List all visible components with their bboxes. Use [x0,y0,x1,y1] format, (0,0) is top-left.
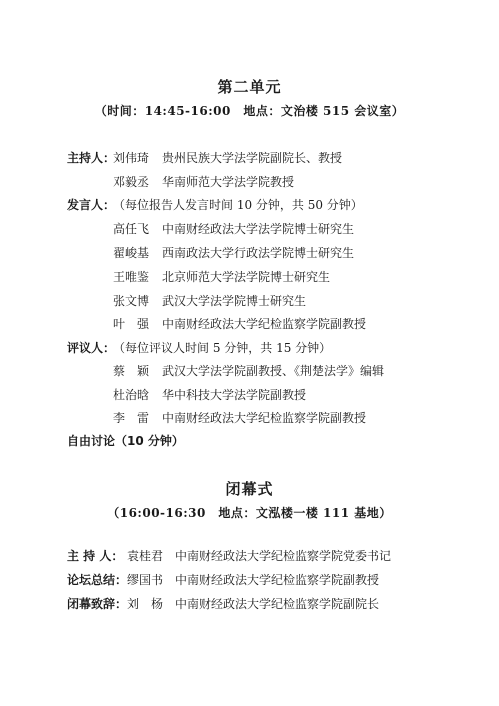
session2-title: 第二单元 [0,76,499,97]
speaker-affiliation: 北京师范大学法学院博士研究生 [162,269,330,285]
speaker-label: 发言人： [67,197,115,213]
speaker-name: 王唯鉴 [113,269,149,285]
closing-subtitle: （16:00-16:30 地点：文泓楼一楼 111 基地） [0,504,499,521]
speaker-affiliation: 武汉大学法学院博士研究生 [162,293,306,309]
speaker-name: 张文博 [113,293,149,309]
host-affiliation: 华南师范大学法学院教授 [162,174,294,190]
reviewer-affiliation: 武汉大学法学院副教授、《荆楚法学》编辑 [162,363,384,379]
closing-name: 刘 杨 [127,596,163,612]
reviewer-name: 李 雷 [113,410,149,426]
speaker-name: 高任飞 [113,221,149,237]
closing-name: 缪国书 [127,572,163,588]
closing-role-label: 论坛总结： [67,572,127,588]
speaker-affiliation: 西南政法大学行政法学院博士研究生 [162,245,354,261]
speaker-affiliation: 中南财经政法大学法学院博士研究生 [162,221,354,237]
closing-affiliation: 中南财经政法大学纪检监察学院副院长 [175,596,379,612]
closing-title: 闭幕式 [0,478,499,499]
reviewer-label: 评议人： [67,340,115,356]
reviewer-affiliation: 中南财经政法大学纪检监察学院副教授 [162,410,366,426]
closing-role-label: 主 持 人： [67,548,123,564]
host-name: 刘伟琦 [113,150,149,166]
speaker-name: 翟峻基 [113,245,149,261]
host-affiliation: 贵州民族大学法学院副院长、教授 [162,150,342,166]
closing-name: 袁桂君 [127,548,163,564]
host-label: 主持人： [67,150,115,166]
host-name: 邓毅丞 [113,174,149,190]
closing-affiliation: 中南财经政法大学纪检监察学院副教授 [175,572,379,588]
speaker-name: 叶 强 [113,316,149,332]
reviewer-note: （每位评议人时间 5 分钟，共 15 分钟） [113,340,331,356]
free-discussion-label: 自由讨论（10 分钟） [67,433,184,449]
session2-subtitle: （时间：14:45-16:00 地点：文治楼 515 会议室） [0,102,499,119]
closing-role-label: 闭幕致辞： [67,596,127,612]
reviewer-name: 蔡 颖 [113,363,149,379]
speaker-affiliation: 中南财经政法大学纪检监察学院副教授 [162,316,366,332]
closing-affiliation: 中南财经政法大学纪检监察学院党委书记 [175,548,391,564]
reviewer-affiliation: 华中科技大学法学院副教授 [162,387,306,403]
reviewer-name: 杜治晗 [113,387,149,403]
speaker-note: （每位报告人发言时间 10 分钟，共 50 分钟） [113,197,363,213]
